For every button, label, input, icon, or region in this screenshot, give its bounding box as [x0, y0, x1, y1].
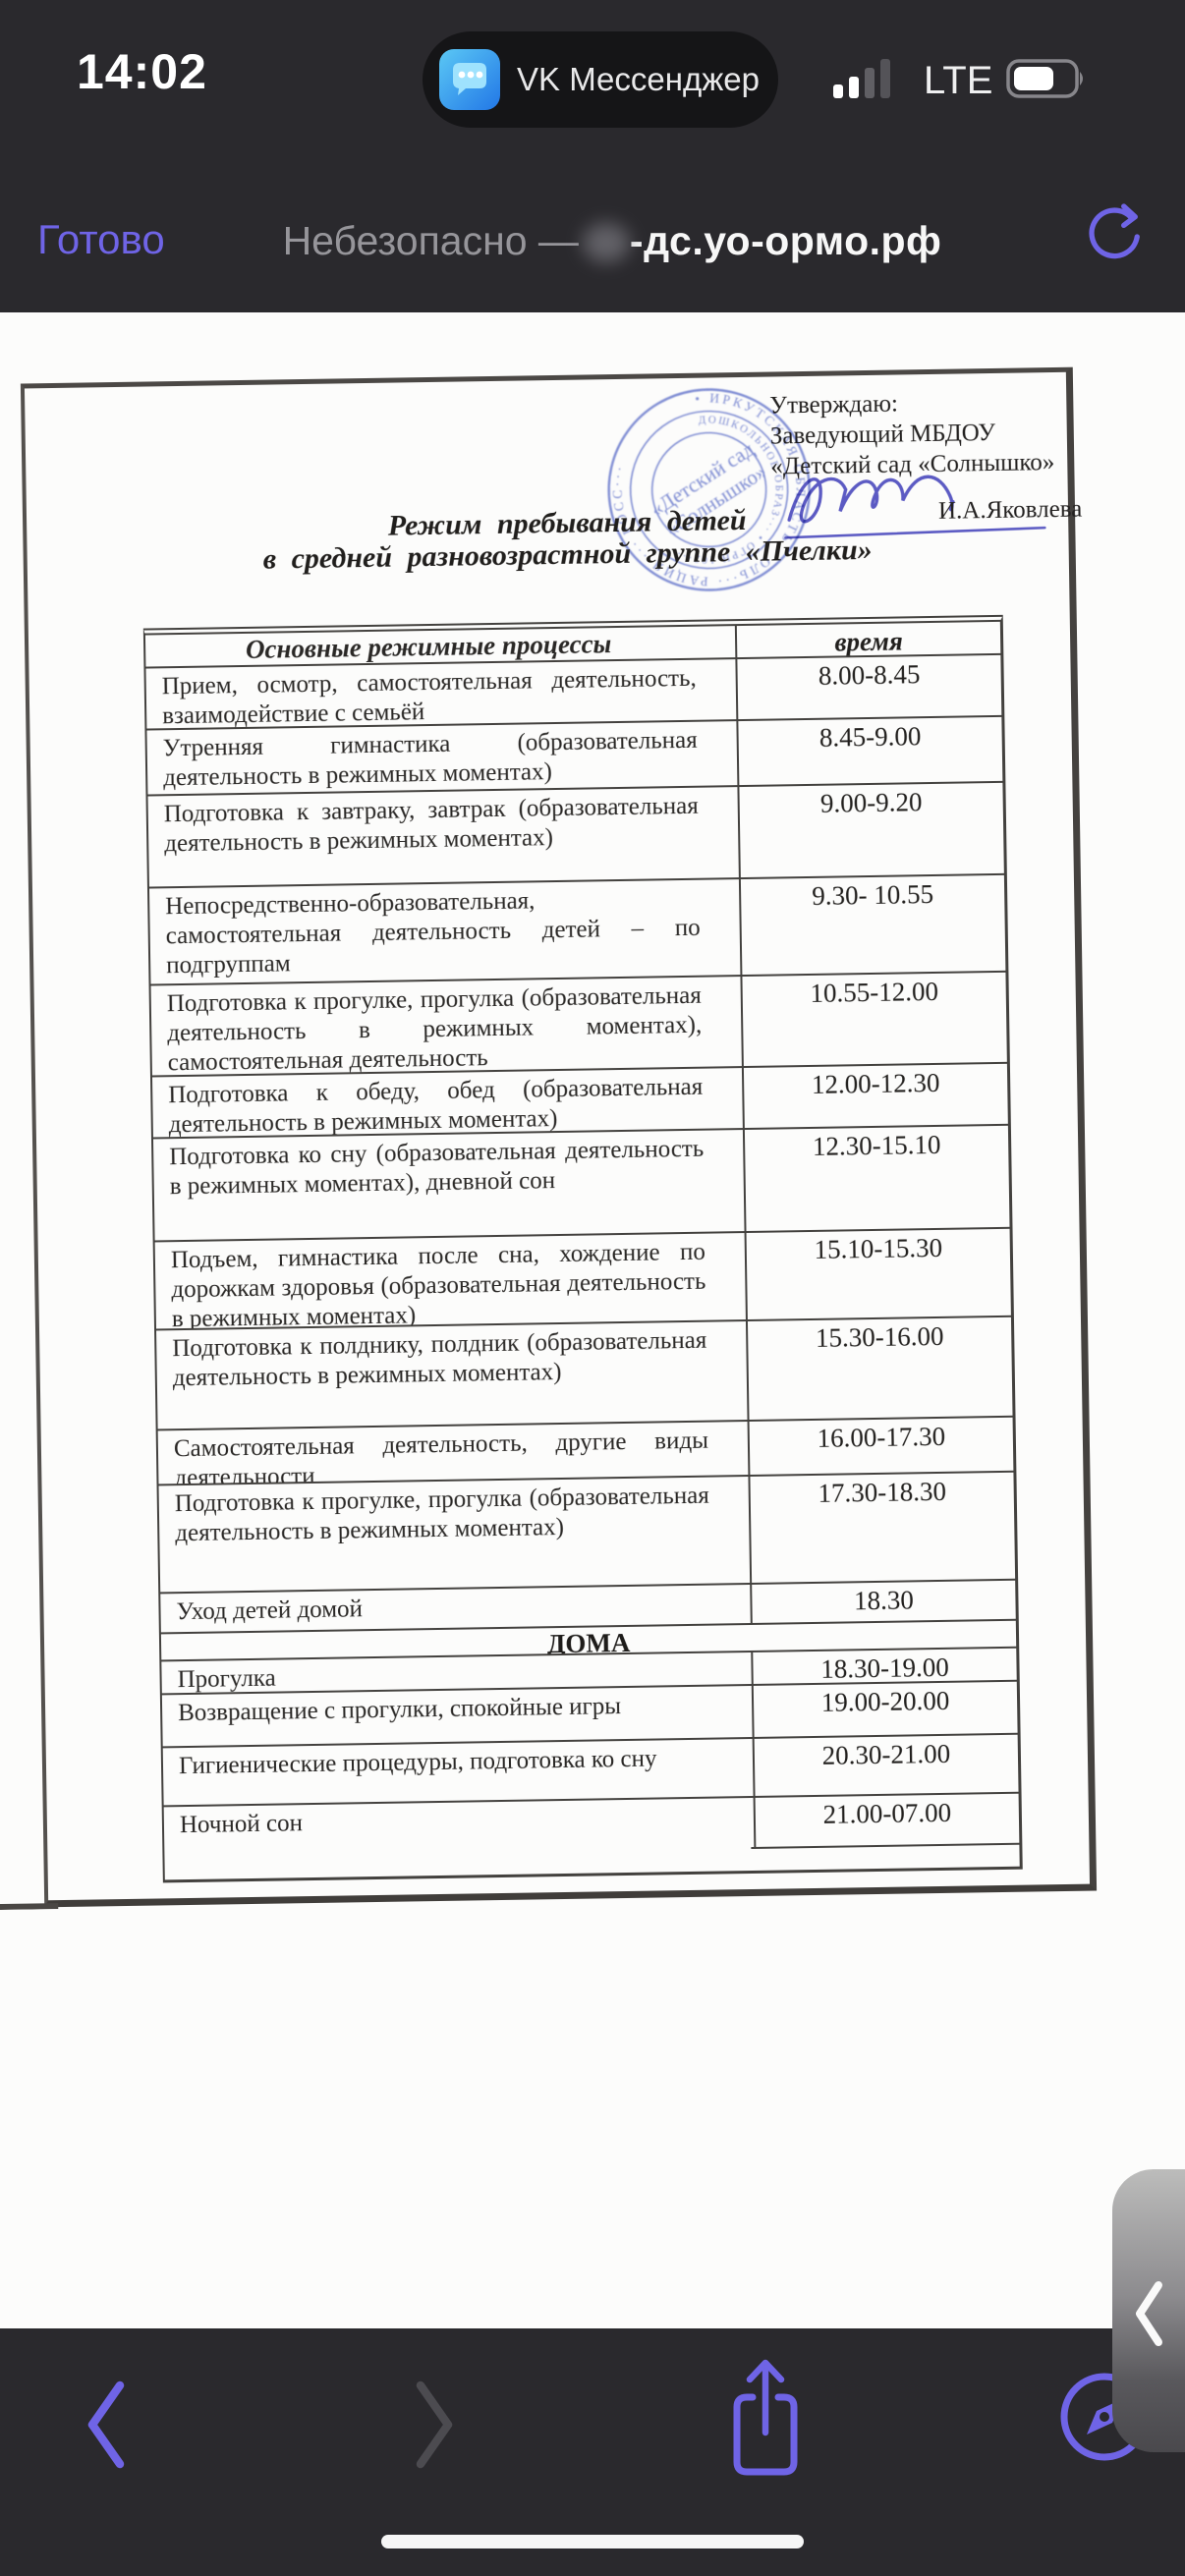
- time-cell: 16.00-17.30: [750, 1418, 1014, 1475]
- time-cell: 9.00-9.20: [739, 783, 1003, 877]
- phone-screen: 14:02 VK Мессенджер: [0, 0, 1185, 2576]
- time-header: время: [737, 622, 1000, 657]
- table-row: Непосредственно-образовательная, самосто…: [149, 873, 1005, 984]
- activity-cell: Подготовка к обеду, обед (образовательна…: [152, 1068, 745, 1137]
- table-row: Подготовка к полднику, полдник (образова…: [156, 1316, 1012, 1429]
- vk-messenger-icon: [438, 48, 501, 111]
- url-domain: -дс.уо-ормо.рф: [630, 218, 942, 263]
- time-cell: 20.30-21.00: [755, 1735, 1019, 1796]
- time-cell: 21.00-07.00: [756, 1794, 1020, 1847]
- table-row: Подготовка к прогулке, прогулка (образов…: [158, 1471, 1015, 1593]
- address-bar[interactable]: Небезопасно —-дс.уо-ормо.рф: [147, 218, 1077, 264]
- table-row: Утренняя гимнастика (образовательная дея…: [146, 715, 1002, 795]
- scanned-document: Утверждаю: Заведующий МБДОУ «Детский сад…: [21, 367, 1097, 1908]
- time-cell: 18.30: [752, 1581, 1016, 1623]
- table-row: Подготовка к прогулке, прогулка (образов…: [150, 971, 1006, 1076]
- back-button[interactable]: [83, 2378, 130, 2475]
- notification-app-name: VK Мессенджер: [517, 61, 760, 98]
- blurred-url-segment: [583, 223, 630, 262]
- activity-cell: Самостоятельная деятельность, другие вид…: [158, 1422, 751, 1484]
- official-stamp: • ИРКУТСКАЯ ОБЛАСТЬ • ОЛЬ··· РАЦИЯ ··· Р…: [591, 370, 828, 608]
- activity-cell: Гигиенические процедуры, подготовка ко с…: [163, 1739, 756, 1805]
- activity-cell: Утренняя гимнастика (образовательная дея…: [146, 721, 739, 794]
- share-button[interactable]: [723, 2356, 808, 2492]
- network-type-label: LTE: [924, 59, 992, 103]
- security-warning-label: Небезопасно —: [283, 218, 579, 263]
- table-row: Подготовка к завтраку, завтрак (образова…: [147, 781, 1003, 887]
- activity-cell: Подготовка к прогулке, прогулка (образов…: [151, 977, 744, 1075]
- forward-button[interactable]: [411, 2378, 458, 2475]
- table-row: Подъем, гимнастика после сна, хождение п…: [155, 1227, 1011, 1329]
- web-page-content[interactable]: Утверждаю: Заведующий МБДОУ «Детский сад…: [0, 312, 1185, 2328]
- time-cell: 15.10-15.30: [747, 1229, 1011, 1319]
- time-cell: 12.00-12.30: [744, 1064, 1008, 1128]
- home-indicator[interactable]: [381, 2535, 804, 2548]
- time-cell: 15.30-16.00: [748, 1317, 1013, 1420]
- time-cell: 17.30-18.30: [750, 1473, 1015, 1583]
- time-cell: 18.30-19.00: [753, 1649, 1016, 1684]
- time-cell: 19.00-20.00: [754, 1682, 1018, 1737]
- time-cell: 9.30- 10.55: [741, 875, 1005, 975]
- activity-cell: Подготовка к полднику, полдник (образова…: [156, 1321, 749, 1428]
- done-button[interactable]: Готово: [37, 216, 165, 263]
- activity-cell: Подъем, гимнастика после сна, хождение п…: [155, 1233, 748, 1328]
- activity-cell: Подготовка к завтраку, завтрак (образова…: [147, 787, 740, 886]
- status-and-nav-bar: 14:02 VK Мессенджер: [0, 0, 1185, 312]
- time-cell: 10.55-12.00: [742, 973, 1006, 1066]
- battery-icon: [1006, 59, 1089, 103]
- activity-cell: Возвращение с прогулки, спокойные игры: [162, 1686, 755, 1746]
- signal-bars-icon: [833, 57, 910, 105]
- status-time: 14:02: [77, 43, 207, 100]
- side-tab-chevron-icon: [1132, 2279, 1165, 2348]
- time-cell: 8.45-9.00: [738, 717, 1002, 785]
- side-tab-handle[interactable]: [1112, 2169, 1185, 2452]
- section-label: ДОМА: [547, 1628, 631, 1653]
- activity-cell: Подготовка к прогулке, прогулка (образов…: [159, 1477, 753, 1592]
- refresh-button[interactable]: [1083, 202, 1146, 273]
- notification-pill[interactable]: VK Мессенджер: [423, 31, 778, 128]
- activity-cell: Прием, осмотр, самостоятельная деятельно…: [145, 659, 738, 728]
- time-cell: 12.30-15.10: [745, 1126, 1010, 1231]
- time-cell: 8.00-8.45: [737, 655, 1001, 719]
- schedule-table: Основные режимные процессы время Прием, …: [143, 615, 1023, 1883]
- document-title: Режим пребывания детей в средней разново…: [66, 500, 1069, 579]
- page-edge-shadow: [0, 1903, 58, 1911]
- activity-cell: Подготовка ко сну (образовательная деяте…: [153, 1130, 747, 1240]
- table-row: Подготовка ко сну (образовательная деяте…: [153, 1124, 1010, 1241]
- activity-cell: Непосредственно-образовательная, самосто…: [149, 879, 742, 983]
